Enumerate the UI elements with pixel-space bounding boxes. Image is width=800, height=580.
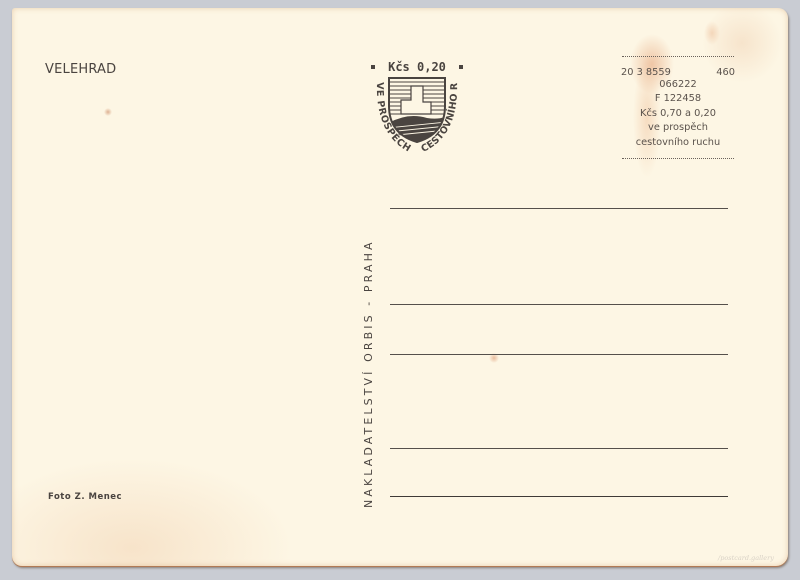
dotted-divider bbox=[622, 56, 734, 57]
info-line: ve prospěch bbox=[620, 121, 736, 135]
price-line: Kčs 0,70 a 0,20 bbox=[620, 107, 736, 121]
publisher-imprint: NAKLADATELSTVÍ ORBIS - PRAHA bbox=[362, 239, 375, 508]
address-line[interactable] bbox=[390, 304, 728, 305]
address-line[interactable] bbox=[390, 496, 728, 497]
location-title: VELEHRAD bbox=[45, 62, 116, 77]
print-info-box: 20 3 8559 460 066222 F 122458 Kčs 0,70 a… bbox=[620, 56, 736, 159]
info-line: cestovního ruchu bbox=[620, 136, 736, 150]
address-line[interactable] bbox=[390, 448, 728, 449]
address-line[interactable] bbox=[390, 354, 728, 355]
watermark: /postcard.gallery bbox=[718, 554, 774, 562]
print-code: 20 3 8559 bbox=[621, 67, 671, 78]
stamp-value-text: Kčs 0,20 bbox=[371, 60, 463, 74]
printed-stamp: Kčs 0,20 VE PROSPĚCH CESTOVNÍHO RUCHU bbox=[361, 56, 473, 156]
address-line[interactable] bbox=[390, 208, 728, 209]
postcard: VELEHRAD Kčs 0,20 VE PROSPĚCH CESTOVNÍHO… bbox=[12, 8, 788, 566]
print-run: 460 bbox=[716, 67, 735, 78]
info-line: 066222 bbox=[620, 78, 736, 92]
dotted-divider bbox=[622, 158, 734, 159]
photo-credit: Foto Z. Menec bbox=[48, 492, 122, 502]
print-code-row: 20 3 8559 460 bbox=[620, 67, 736, 78]
info-line: F 122458 bbox=[620, 92, 736, 106]
svg-text:Kčs 0,20: Kčs 0,20 bbox=[388, 60, 446, 74]
